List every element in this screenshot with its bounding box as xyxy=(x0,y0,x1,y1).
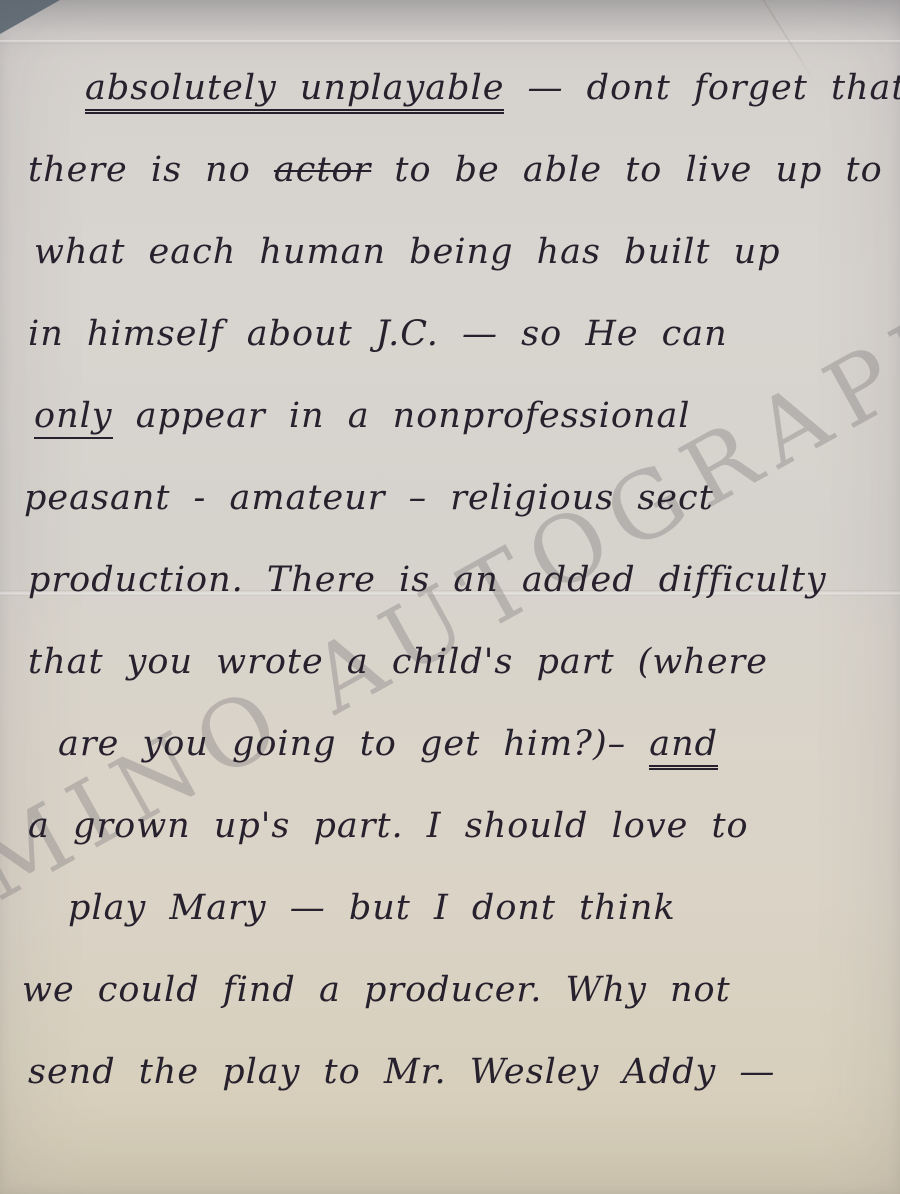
handwritten-text: in himself about J.C. — so He can xyxy=(28,314,728,354)
handwritten-text: only xyxy=(34,396,113,439)
handwritten-line: production. There is an added difficulty xyxy=(0,560,900,642)
handwritten-line: only appear in a nonprofessional xyxy=(0,396,900,478)
letter-body: absolutely unplayable — dont forget that… xyxy=(0,68,900,1134)
handwritten-line: a grown up's part. I should love to xyxy=(0,806,900,888)
handwritten-text: there is no xyxy=(28,150,274,190)
handwritten-text: actor xyxy=(274,150,371,190)
handwritten-line: there is no actor to be able to live up … xyxy=(0,150,900,232)
handwritten-text: that you wrote a child's part (where xyxy=(28,642,768,682)
handwritten-line: send the play to Mr. Wesley Addy — xyxy=(0,1052,900,1134)
handwritten-text: peasant - amateur – religious sect xyxy=(24,478,714,518)
handwritten-line: absolutely unplayable — dont forget that xyxy=(0,68,900,150)
handwritten-text: unplayable xyxy=(277,68,505,114)
handwritten-text: send the play to Mr. Wesley Addy — xyxy=(28,1052,775,1092)
handwritten-text: and xyxy=(649,724,718,770)
handwritten-line: what each human being has built up xyxy=(0,232,900,314)
handwritten-text: play Mary — but I dont think xyxy=(68,888,676,928)
handwritten-line: play Mary — but I dont think xyxy=(0,888,900,970)
paper-fold-top xyxy=(0,40,900,44)
handwritten-text: a grown up's part. I should love to xyxy=(28,806,749,846)
handwritten-line: are you going to get him?)– and xyxy=(0,724,900,806)
handwritten-line: that you wrote a child's part (where xyxy=(0,642,900,724)
handwritten-text: are you going to get him?)– xyxy=(58,724,649,764)
scan-corner-dark xyxy=(0,0,60,34)
handwritten-text: production. There is an added difficulty xyxy=(28,560,827,600)
handwritten-line: we could find a producer. Why not xyxy=(0,970,900,1052)
letter-page: TAMINO AUTOGRAPHS absolutely unplayable … xyxy=(0,0,900,1194)
handwritten-text: what each human being has built up xyxy=(34,232,781,272)
handwritten-line: in himself about J.C. — so He can xyxy=(0,314,900,396)
handwritten-text: absolutely xyxy=(85,68,277,114)
handwritten-line: peasant - amateur – religious sect xyxy=(0,478,900,560)
handwritten-text: to be able to live up to xyxy=(371,150,882,190)
handwritten-text: appear in a nonprofessional xyxy=(113,396,691,436)
handwritten-text: we could find a producer. Why not xyxy=(22,970,731,1010)
handwritten-text: — dont forget that xyxy=(504,68,900,108)
